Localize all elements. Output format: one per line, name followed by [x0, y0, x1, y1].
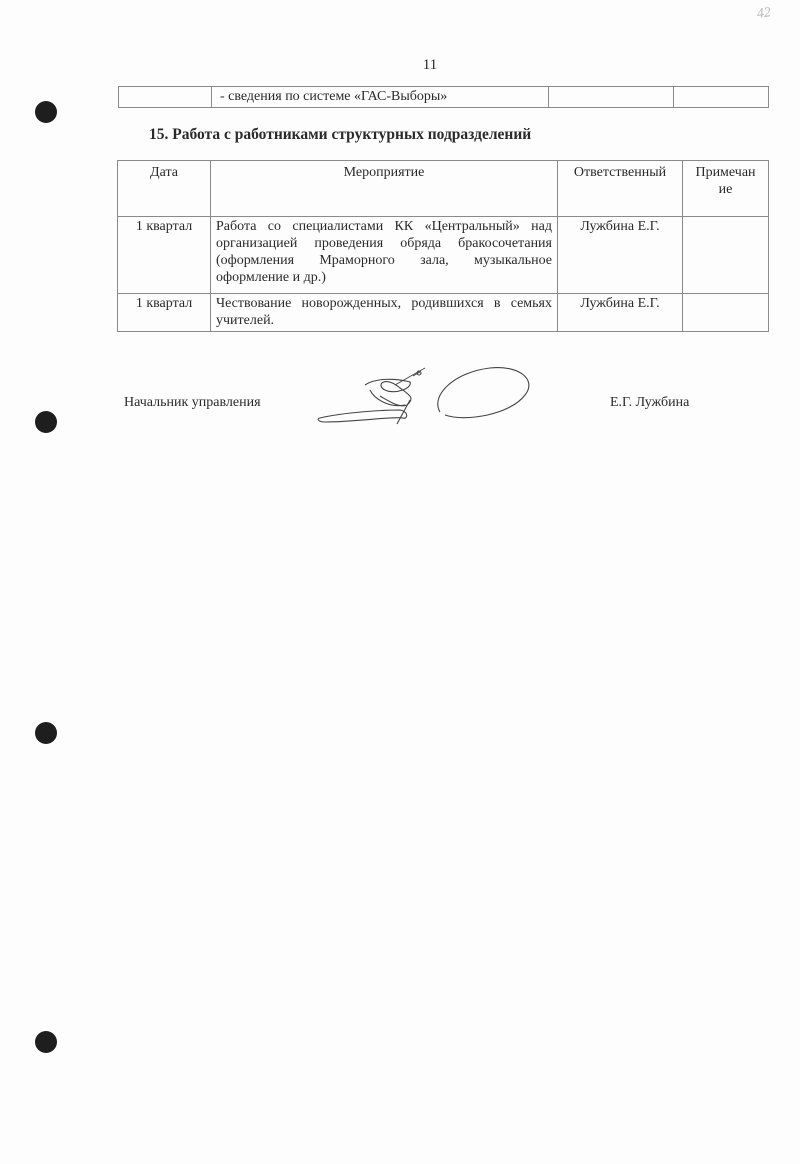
column-header-date: Дата	[118, 161, 211, 217]
previous-table-continuation: - сведения по системе «ГАС-Выборы»	[118, 86, 769, 108]
table-cell	[674, 87, 769, 108]
punch-hole-icon	[35, 101, 57, 123]
cell-event: Чествование новорожденных, родившихся в …	[211, 294, 558, 332]
table-row: - сведения по системе «ГАС-Выборы»	[119, 87, 769, 108]
table-cell	[119, 87, 212, 108]
column-header-note: Примечан ие	[683, 161, 769, 217]
column-header-event: Мероприятие	[211, 161, 558, 217]
table-header-row: Дата Мероприятие Ответственный Примечан …	[118, 161, 769, 217]
table-cell	[549, 87, 674, 108]
cell-date: 1 квартал	[118, 217, 211, 294]
corner-page-mark: 42	[756, 5, 772, 23]
cell-note	[683, 217, 769, 294]
section-title: 15. Работа с работниками структурных под…	[149, 126, 531, 144]
cell-note	[683, 294, 769, 332]
handwritten-signature-icon	[315, 360, 545, 440]
punch-hole-icon	[35, 411, 57, 433]
cell-responsible: Лужбина Е.Г.	[558, 294, 683, 332]
punch-hole-icon	[35, 722, 57, 744]
cell-event: Работа со специалистами КК «Центральный»…	[211, 217, 558, 294]
table-row: 1 квартал Чествование новорожденных, род…	[118, 294, 769, 332]
table-cell: - сведения по системе «ГАС-Выборы»	[212, 87, 549, 108]
page-number: 11	[0, 57, 800, 74]
table-row: 1 квартал Работа со специалистами КК «Це…	[118, 217, 769, 294]
signatory-position: Начальник управления	[124, 395, 261, 411]
activities-table: Дата Мероприятие Ответственный Примечан …	[117, 160, 769, 332]
column-header-responsible: Ответственный	[558, 161, 683, 217]
cell-responsible: Лужбина Е.Г.	[558, 217, 683, 294]
punch-hole-icon	[35, 1031, 57, 1053]
signatory-name: Е.Г. Лужбина	[610, 395, 689, 411]
cell-date: 1 квартал	[118, 294, 211, 332]
